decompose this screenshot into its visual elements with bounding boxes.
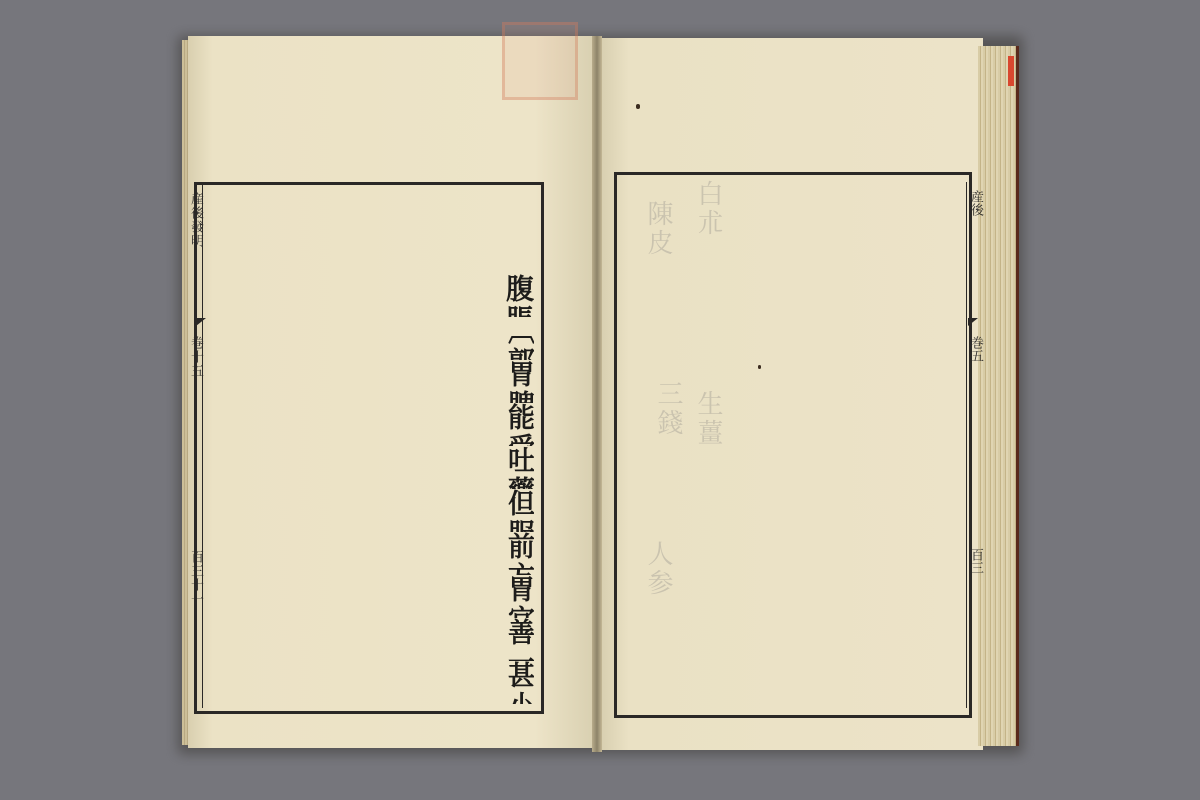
show-through-text: 陳皮 <box>640 200 677 258</box>
paper-stain <box>636 104 640 109</box>
library-seal-stamp <box>502 22 578 100</box>
show-through-column <box>745 210 782 680</box>
right-margin-volume: 巻五 <box>966 336 985 362</box>
right-margin-title: 産後 <box>966 190 985 216</box>
text-column: 胃脾受之則不能運化精微而成腹脹胃受之則不 <box>200 360 534 403</box>
red-edge-mark <box>1008 56 1014 86</box>
show-through-text: 白朮 <box>690 180 727 238</box>
fore-edge <box>978 46 1019 746</box>
book-gutter <box>592 36 602 752</box>
text-column: 前方若飲食停於脾宜用六君厚朴若飲食傷於 <box>200 532 534 575</box>
text-column: 能受納水穀而生吐逆医者不識若以尋常治脹止 <box>200 403 534 446</box>
text-column: 但服抵聖湯則愈〔薛〕前証若敗血傷於脾胃宜用 <box>200 489 534 532</box>
fish-tail-mark-icon <box>968 318 978 326</box>
right-margin-strip <box>966 182 981 708</box>
show-through-text: 三錢 <box>650 380 687 438</box>
paper-stain <box>758 365 761 369</box>
show-through-text: 生薑 <box>690 390 727 448</box>
section-heading: 腹脹 <box>216 186 534 317</box>
left-page-text-block: 腹脹 〔郭〕産後腹脹滿悶嘔吐不定者何答曰敗血散於脾 胃脾受之則不能運化精微而成腹… <box>200 186 534 704</box>
right-margin-page-number: 百三 <box>966 548 985 574</box>
text-column: 善一産婦患前証或用抵當湯敗血已下前証益 <box>200 618 534 661</box>
text-column: 〔郭〕産後腹脹滿悶嘔吐不定者何答曰敗血散於脾 <box>200 317 534 360</box>
text-column: 吐藥治之病與藥不相干轉更傷動正氣疾愈難治 <box>200 446 534 489</box>
text-column: 甚小腹重墜似欲去後余謂此脾氣虛而下陷用 <box>200 661 534 704</box>
show-through-text: 人参 <box>640 540 677 598</box>
text-column: 胃宜用六君子湯大凡損其脾者當節其飲食爲 <box>200 575 534 618</box>
